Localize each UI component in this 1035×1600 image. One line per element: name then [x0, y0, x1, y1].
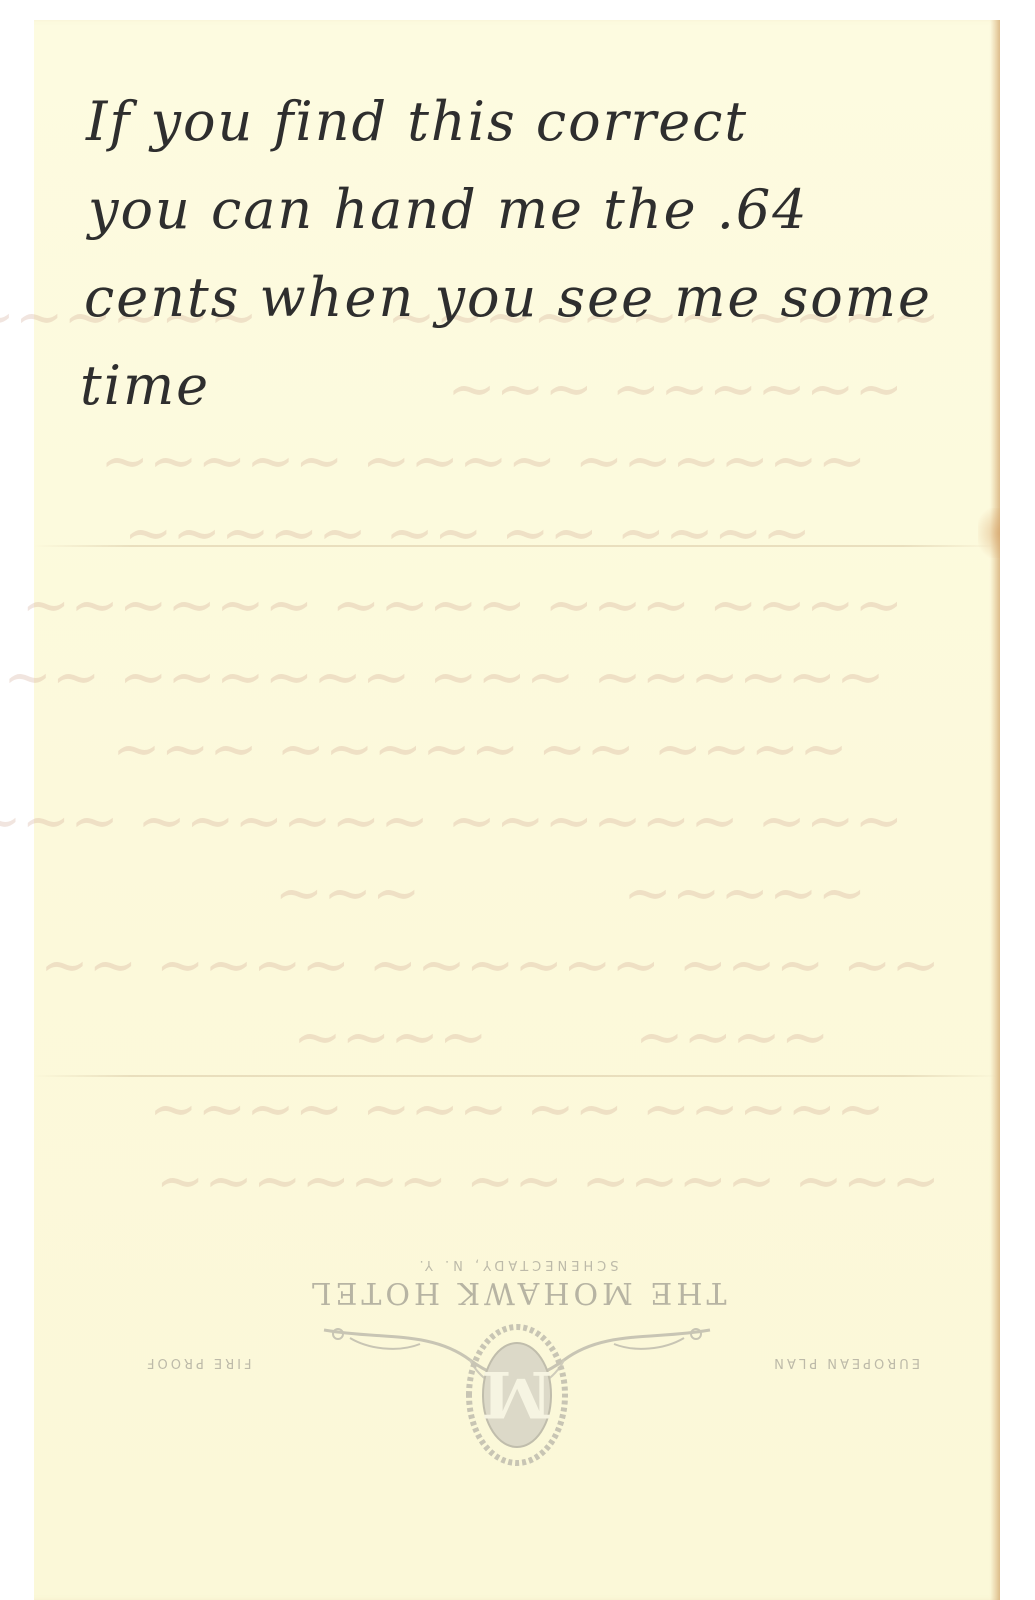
handwritten-note: If you find this correct you can hand me…	[80, 78, 980, 430]
fire-proof-caption: FIRE PROOF	[144, 1355, 252, 1370]
handwriting-line-1: If you find this correct	[80, 78, 980, 166]
european-plan-caption: EUROPEAN PLAN	[771, 1355, 920, 1370]
fold-line-upper	[34, 545, 1000, 547]
svg-text:M: M	[482, 1356, 553, 1431]
hotel-letterhead: THE MOHAWK HOTEL SCHENECTADY, N. Y. M EU…	[34, 1250, 1000, 1530]
monogram-m-icon: M	[462, 1320, 572, 1470]
handwriting-line-3: cents when you see me some	[80, 254, 980, 342]
paper-stain	[978, 508, 1000, 558]
hotel-name: THE MOHAWK HOTEL	[34, 1275, 1000, 1310]
handwriting-line-4: time	[80, 342, 980, 430]
handwriting-line-2: you can hand me the .64	[80, 166, 980, 254]
fold-line-lower	[34, 1075, 1000, 1077]
hotel-city: SCHENECTADY, N. Y.	[34, 1257, 1000, 1272]
